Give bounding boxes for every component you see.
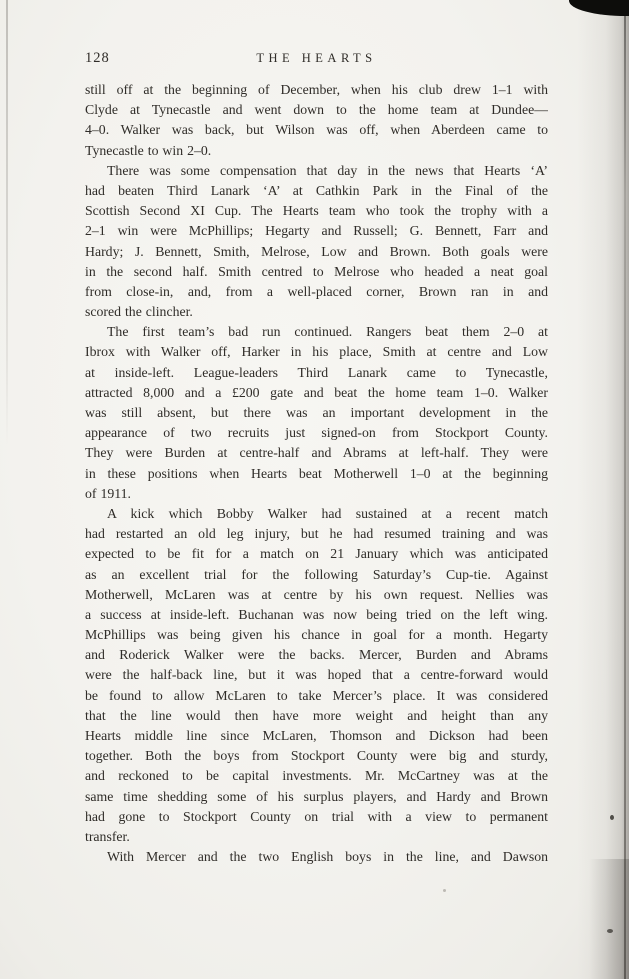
text-line: Ibrox with Walker off, Harker in his pla… xyxy=(85,342,548,362)
scan-corner-smudge xyxy=(589,859,629,979)
text-line: A kick which Bobby Walker had sustained … xyxy=(85,504,548,524)
text-line: 2–1 win were McPhillips; Hegarty and Rus… xyxy=(85,221,548,241)
text-line: expected to be fit for a match on 21 Jan… xyxy=(85,544,548,564)
text-line: in the second half. Smith centred to Mel… xyxy=(85,262,548,282)
scan-edge-shadow xyxy=(577,0,629,979)
text-line: Tynecastle to win 2–0. xyxy=(85,141,548,161)
scan-speck xyxy=(610,815,614,820)
text-line: transfer. xyxy=(85,827,548,847)
text-line: together. Both the boys from Stockport C… xyxy=(85,746,548,766)
text-line: from close-in, and, from a well-placed c… xyxy=(85,282,548,302)
running-title: THE HEARTS xyxy=(85,51,548,66)
text-line: scored the clincher. xyxy=(85,302,548,322)
text-line: Clyde at Tynecastle and went down to the… xyxy=(85,100,548,120)
text-line: Hearts middle line since McLaren, Thomso… xyxy=(85,726,548,746)
text-line: had beaten Third Lanark ‘A’ at Cathkin P… xyxy=(85,181,548,201)
text-block: still off at the beginning of December, … xyxy=(85,80,548,880)
scan-corner-artifact xyxy=(569,0,629,16)
paragraph: The first team’s bad run continued. Rang… xyxy=(85,322,548,504)
text-line: was still absent, but there was an impor… xyxy=(85,403,548,423)
text-line: in these positions when Hearts beat Moth… xyxy=(85,464,548,484)
text-line: attracted 8,000 and a £200 gate and beat… xyxy=(85,383,548,403)
text-line: Scottish Second XI Cup. The Hearts team … xyxy=(85,201,548,221)
text-line: had restarted an old leg injury, but he … xyxy=(85,524,548,544)
scan-left-edge-line xyxy=(6,0,8,445)
scan-speck xyxy=(443,889,446,892)
text-line: at inside-left. League-leaders Third Lan… xyxy=(85,363,548,383)
text-line: Motherwell, McLaren was at centre by his… xyxy=(85,585,548,605)
text-line: had gone to Stockport County on trial wi… xyxy=(85,807,548,827)
text-line: same time shedding some of his surplus p… xyxy=(85,787,548,807)
text-line: and reckoned to be capital investments. … xyxy=(85,766,548,786)
scan-edge-line xyxy=(624,0,626,979)
text-line: McPhillips was being given his chance in… xyxy=(85,625,548,645)
paragraph: There was some compensation that day in … xyxy=(85,161,548,323)
text-line: The first team’s bad run continued. Rang… xyxy=(85,322,548,342)
text-line: be found to allow McLaren to take Mercer… xyxy=(85,686,548,706)
text-line: a success at inside-left. Buchanan was n… xyxy=(85,605,548,625)
text-line: that the line would then have more weigh… xyxy=(85,706,548,726)
text-line: There was some compensation that day in … xyxy=(85,161,548,181)
paragraph: still off at the beginning of December, … xyxy=(85,80,548,161)
text-line: With Mercer and the two English boys in … xyxy=(85,847,548,867)
text-line: as an excellent trial for the following … xyxy=(85,565,548,585)
paragraph: A kick which Bobby Walker had sustained … xyxy=(85,504,548,847)
text-line: appearance of two recruits just signed-o… xyxy=(85,423,548,443)
scan-speck xyxy=(607,929,613,933)
paragraph: With Mercer and the two English boys in … xyxy=(85,847,548,867)
page-header: 128 THE HEARTS xyxy=(85,50,548,68)
text-line: still off at the beginning of December, … xyxy=(85,80,548,100)
text-line: and Roderick Walker were the backs. Merc… xyxy=(85,645,548,665)
text-line: They were Burden at centre-half and Abra… xyxy=(85,443,548,463)
text-line: were the half-back line, but it was hope… xyxy=(85,665,548,685)
book-page-scan: 128 THE HEARTS still off at the beginnin… xyxy=(0,0,629,979)
text-line: Hardy; J. Bennett, Smith, Melrose, Low a… xyxy=(85,242,548,262)
text-line: 4–0. Walker was back, but Wilson was off… xyxy=(85,120,548,140)
text-line: of 1911. xyxy=(85,484,548,504)
